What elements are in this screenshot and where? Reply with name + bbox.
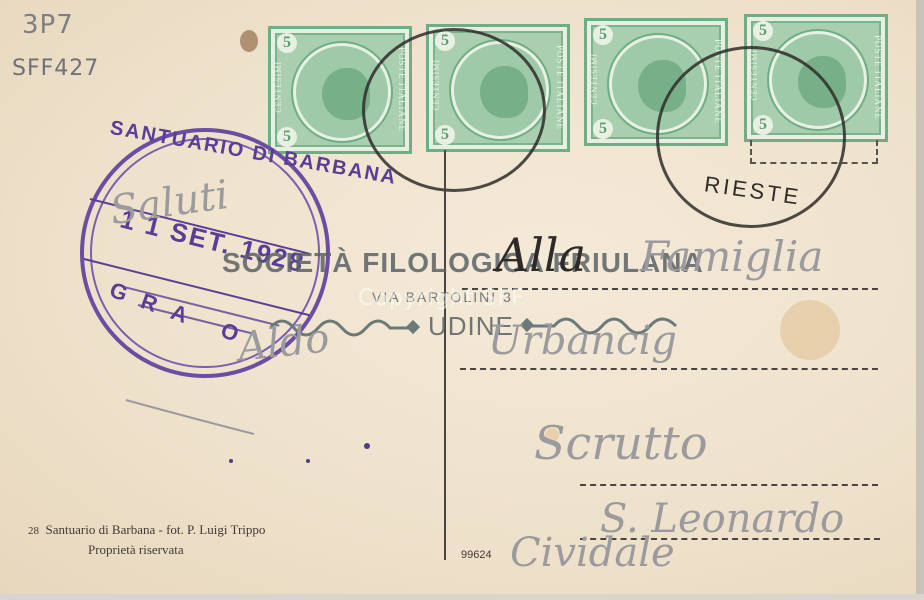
caption-line: 28 Santuario di Barbana - fot. P. Luigi … <box>28 522 265 538</box>
society-stamp-name: SOCIETÀ FILOLOGICA FRIULANA <box>222 247 704 279</box>
handwritten-recipient-prefix: Alla <box>496 228 586 282</box>
address-line <box>580 484 878 486</box>
handwritten-address-line-1: Famiglia <box>640 232 823 281</box>
postmark-frame <box>750 140 878 164</box>
pencil-stroke <box>124 396 264 436</box>
handwritten-signature: Aldo <box>236 315 332 370</box>
stain <box>240 30 258 52</box>
caption-rights: Proprietà riservata <box>88 542 184 558</box>
handwritten-address-line-2: Urbancig <box>488 318 677 364</box>
pencil-note-top: 3P7 <box>22 10 74 40</box>
ink-dot <box>229 459 233 463</box>
handwritten-address-line-3: Scrutto <box>534 416 708 470</box>
address-divider <box>444 150 446 560</box>
scan-edge <box>916 0 924 600</box>
stain <box>780 300 840 360</box>
postcard-back: 3P7 SFF427 5 5 POSTE ITALIANE CENTESIMI … <box>0 0 916 594</box>
serial-number: 99624 <box>461 549 492 561</box>
scan-edge <box>0 594 924 600</box>
caption-title: Santuario di Barbana - fot. P. Luigi Tri… <box>46 522 266 537</box>
copyright-watermark: Copyright SFF <box>358 286 525 311</box>
ink-dot <box>306 459 310 463</box>
address-line <box>460 368 878 370</box>
pencil-inventory-code: SFF427 <box>12 56 99 81</box>
ink-dot <box>364 443 370 449</box>
caption-number: 28 <box>28 525 39 537</box>
handwritten-city: Cividale <box>510 530 675 576</box>
